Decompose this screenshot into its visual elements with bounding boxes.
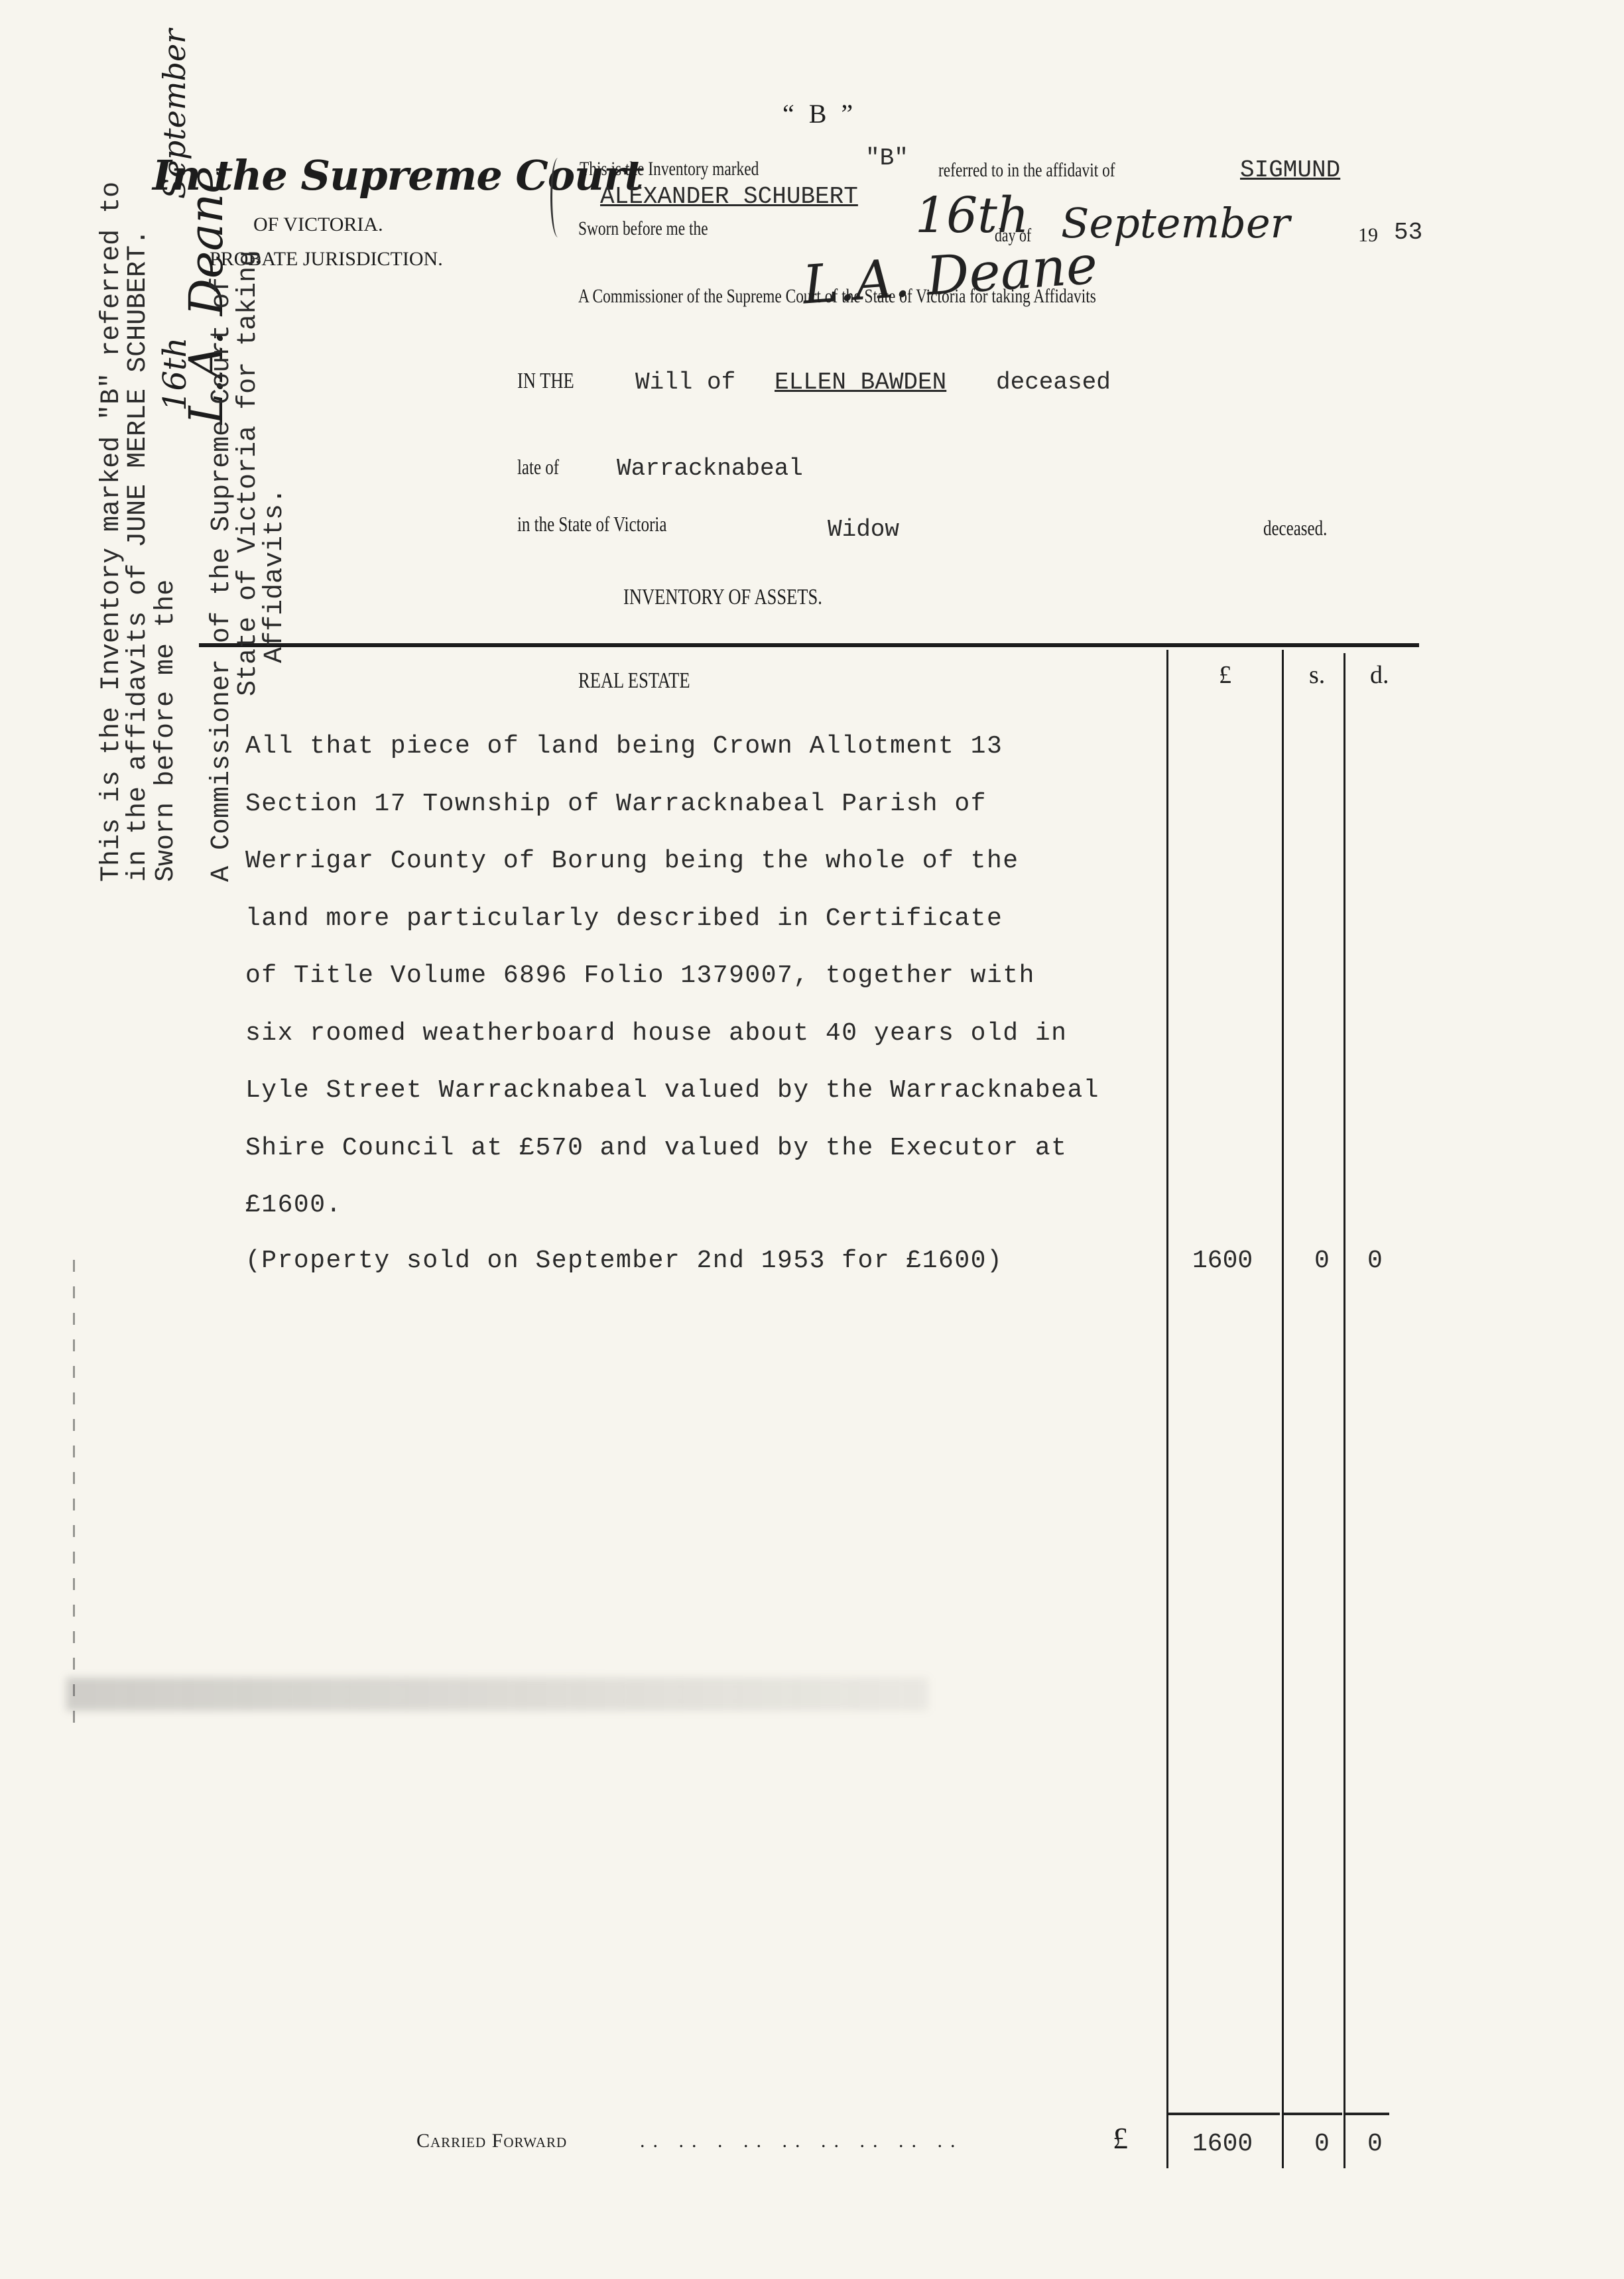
entry-pounds: 1600 [1192,1247,1253,1275]
margin-line-2: in the affidavits of JUNE MERLE SCHUBERT… [123,229,153,882]
affidavit-referred: referred to in the affidavit of [938,159,1115,182]
inventory-title: INVENTORY OF ASSETS. [623,585,822,610]
carried-forward-label: Carried Forward [416,2130,567,2152]
table-top-rule [199,643,1419,647]
description-line: £1600. [245,1191,342,1219]
column-divider-shillings [1282,650,1284,2168]
commissioner-caption: A Commissioner of the Supreme Court of t… [578,285,1096,308]
sworn-year-suffix: 53 [1394,219,1422,246]
margin-line-1: This is the Inventory marked "B" referre… [97,182,127,882]
scan-edge-mark [73,1260,75,1724]
header-pence: d. [1370,660,1389,690]
deceased-word: deceased [996,369,1111,396]
margin-line-5: State of Victoria for taking [233,251,263,696]
will-of: Will of [635,369,735,396]
column-divider-pence [1343,653,1345,2168]
total-rule-pounds [1168,2113,1280,2115]
column-divider-pounds [1166,650,1168,2168]
description-line: Lyle Street Warracknabeal valued by the … [245,1076,1099,1105]
description-line: All that piece of land being Crown Allot… [245,732,1003,761]
sworn-year-prefix: 19 [1358,224,1378,247]
court-subtitle-victoria: OF VICTORIA. [253,214,383,236]
inventory-marker: “ B ” [782,98,857,129]
deponent-first-name: SIGMUND [1240,156,1340,184]
description-line: Shire Council at £570 and valued by the … [245,1134,1068,1162]
margin-line-3: Sworn before me the [151,580,181,882]
description-line: land more particularly described in Cert… [245,904,1003,933]
entry-shillings: 0 [1314,1247,1330,1275]
state-label: in the State of Victoria [517,512,666,536]
total-rule-shillings [1284,2113,1342,2115]
header-pounds: £ [1219,660,1231,690]
carried-forward-pence: 0 [1367,2130,1383,2158]
sworn-label: Sworn before me the [578,217,708,240]
deceased-end: deceased. [1263,516,1327,540]
description-line: Section 17 Township of Warracknabeal Par… [245,790,987,818]
brace-divider [550,158,566,237]
header-shillings: s. [1309,660,1325,690]
deponent-surname: ALEXANDER SCHUBERT [600,183,858,210]
will-in-the: IN THE [517,369,574,394]
carried-forward-symbol: £ [1113,2121,1128,2156]
description-line: (Property sold on September 2nd 1953 for… [245,1247,1003,1275]
margin-line-6: Affidavits. [260,488,290,663]
affidavit-mark: "B" [865,145,908,172]
affidavit-intro: This is the Inventory marked [580,158,759,180]
description-line: Werrigar County of Borung being the whol… [245,847,1019,875]
section-title: REAL ESTATE [578,668,690,694]
deceased-name: ELLEN BAWDEN [775,369,946,396]
late-of-value: Warracknabeal [617,455,803,482]
occupation: Widow [828,516,899,543]
carried-forward-leader: .. .. . .. .. .. .. .. .. [640,2130,964,2152]
carried-forward-shillings: 0 [1314,2130,1330,2158]
description-line: six roomed weatherboard house about 40 y… [245,1019,1068,1048]
late-of-label: late of [517,455,559,479]
description-line: of Title Volume 6896 Folio 1379007, toge… [245,961,1035,990]
margin-line-4: A Commissioner of the Supreme Court of [207,277,237,882]
scan-smudge [66,1678,928,1711]
carried-forward-pounds: 1600 [1192,2130,1253,2158]
total-rule-pence [1345,2113,1389,2115]
entry-pence: 0 [1367,1247,1383,1275]
